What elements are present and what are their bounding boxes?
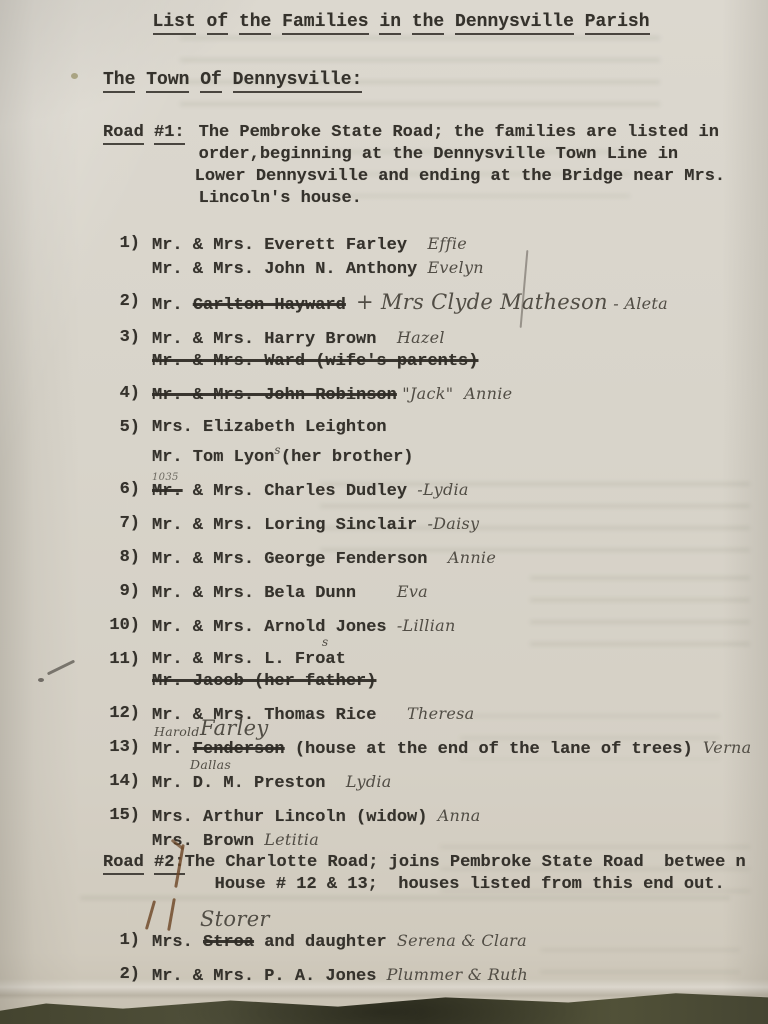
entry-text: Mr. & Mrs. Loring Sinclair -Daisy	[152, 513, 479, 537]
typewritten-text: Mr. & Mrs. Loring Sinclair	[152, 516, 427, 535]
road-2-family-list: 1)Mrs. Stroa and daughter Serena & Clara…	[100, 930, 760, 998]
entry-number: 10)	[100, 615, 140, 639]
underlined-word: Dennysville	[455, 12, 574, 35]
family-entry: 5)Mrs. Elizabeth LeightonMr. Tom Lyons(h…	[100, 417, 760, 469]
handwritten-annotation-above: Dallas	[190, 759, 231, 772]
entry-line: 1)Mr. & Mrs. Everett Farley Effie	[100, 233, 760, 257]
entry-text: Mr. Carlton Hayward + Mrs Clyde Matheson…	[152, 291, 668, 317]
entry-text: Mrs. Brown Letitia	[152, 829, 319, 853]
typewritten-text: Mr. & Mrs. Ward (wife's parents)	[152, 352, 478, 371]
typewritten-text: Carlton Hayward	[193, 296, 346, 315]
road-1-heading: Road #1: The Pembroke State Road; the fa…	[103, 122, 743, 210]
underlined-word: Families	[282, 12, 368, 35]
typewritten-text: Mr. & Mrs. Arnold Jones	[152, 618, 397, 637]
handwritten-annotation: Theresa	[407, 704, 474, 723]
entry-number: 3)	[100, 327, 140, 351]
entry-text: Mrs. Stroa and daughter Serena & ClaraSt…	[152, 930, 527, 954]
underlined-word: Dennysville:	[233, 70, 363, 93]
pen-slash	[145, 900, 156, 930]
underlined-word: the	[239, 12, 271, 35]
entry-line: 11)Mr. & Mrs. L. Froats	[100, 649, 760, 671]
road-description-line: House # 12 & 13; houses listed from this…	[185, 874, 746, 896]
family-entry: 14)Mr. D. M. Preston LydiaDallas	[100, 771, 760, 795]
typewritten-text: & Mrs. Charles Dudley	[183, 482, 418, 501]
entry-text: Mr. & Mrs. L. Froats	[152, 649, 346, 671]
family-entry: 7)Mr. & Mrs. Loring Sinclair -Daisy	[100, 513, 760, 537]
handwritten-annotation-above: Farley	[200, 718, 269, 739]
stain-spot	[71, 73, 78, 79]
handwritten-annotation-above: s	[322, 636, 328, 648]
entry-line: 7)Mr. & Mrs. Loring Sinclair -Daisy	[100, 513, 760, 537]
underlined-word: The	[103, 70, 135, 93]
typewritten-text: Mr. & Mrs. George Fenderson	[152, 550, 448, 569]
family-entry: 2)Mr. Carlton Hayward + Mrs Clyde Mathes…	[100, 291, 760, 317]
entry-text: Mr. & Mrs. P. A. Jones Plummer & Ruth	[152, 964, 528, 988]
entry-number: 1)	[100, 233, 140, 257]
handwritten-annotation: Serena & Clara	[397, 931, 527, 950]
road-description-line: The Pembroke State Road; the families ar…	[185, 122, 726, 144]
entry-line: Mr. & Mrs. Ward (wife's parents)	[100, 351, 760, 373]
handwritten-annotation: Verna	[703, 738, 752, 757]
underlined-word: the	[412, 12, 444, 35]
entry-number: 1)	[100, 930, 140, 954]
road-description-line: The Charlotte Road; joins Pembroke State…	[185, 852, 746, 874]
entry-number: 4)	[100, 383, 140, 407]
entry-line: 15)Mrs. Arthur Lincoln (widow) Anna	[100, 805, 760, 829]
entry-text: Mr. & Mrs. Everett Farley Effie	[152, 233, 467, 257]
entry-number	[100, 829, 140, 853]
family-entry: 11)Mr. & Mrs. L. FroatsMr. Jacob (her fa…	[100, 649, 760, 693]
entry-text: Mr. D. M. Preston LydiaDallas	[152, 771, 392, 795]
typewritten-text: Mr. & Mrs. Everett Farley	[152, 236, 427, 255]
typewritten-text: Mr. Tom Lyon	[152, 448, 274, 467]
pencil-dash-mark	[47, 660, 75, 676]
family-entry: 15)Mrs. Arthur Lincoln (widow) AnnaMrs. …	[100, 805, 760, 853]
entry-number: 14)	[100, 771, 140, 795]
typewritten-text: Mr. & Mrs. Bela Dunn	[152, 584, 397, 603]
family-entry: 8)Mr. & Mrs. George Fenderson Annie	[100, 547, 760, 571]
typewritten-text: (house at the end of the lane of trees)	[285, 740, 703, 759]
handwritten-annotation: Anna	[438, 806, 481, 825]
entry-line: Mr. Jacob (her father)	[100, 671, 760, 693]
underlined-word: List	[153, 12, 196, 35]
entry-number	[100, 439, 140, 469]
entry-text: Mrs. Arthur Lincoln (widow) Anna	[152, 805, 481, 829]
entry-number: 9)	[100, 581, 140, 605]
underlined-word: Of	[200, 70, 222, 93]
handwritten-annotation: - Aleta	[608, 294, 668, 313]
entry-line: 4)Mr. & Mrs. John Robinson "Jack" Annie	[100, 383, 760, 407]
underlined-word: #1:	[154, 123, 185, 145]
family-entry: 10)Mr. & Mrs. Arnold Jones -Lillian	[100, 615, 760, 639]
entry-number: 2)	[100, 291, 140, 317]
typewritten-text: Mr. & Mrs. John N. Anthony	[152, 260, 427, 279]
entry-number: 11)	[100, 649, 140, 671]
entry-text: Mr. & Mrs. Charles Dudley -Lydia	[152, 479, 469, 503]
section-heading: The Town Of Dennysville:	[103, 68, 362, 92]
family-entry: 9)Mr. & Mrs. Bela Dunn Eva	[100, 581, 760, 605]
entry-text: Mrs. Elizabeth Leighton	[152, 417, 387, 439]
typewritten-text: Mr. & Mrs. P. A. Jones	[152, 967, 387, 986]
entry-number: 5)	[100, 417, 140, 439]
entry-line: 2)Mr. & Mrs. P. A. Jones Plummer & Ruth	[100, 964, 760, 988]
road-label: Road #1:	[103, 122, 185, 210]
road-2-heading: Road #2: The Charlotte Road; joins Pembr…	[103, 852, 753, 896]
entry-number: 8)	[100, 547, 140, 571]
road-description: The Charlotte Road; joins Pembroke State…	[185, 852, 746, 896]
entry-line: Mrs. Brown Letitia	[100, 829, 760, 853]
underlined-word: Town	[146, 70, 189, 93]
underlined-word: #2:	[154, 853, 185, 875]
document-page: List of the Families in the Dennysville …	[0, 0, 768, 1024]
handwritten-annotation: Hazel	[397, 328, 445, 347]
typewritten-text: (her brother)	[281, 448, 414, 467]
typewritten-text: Mr. Jacob (her father)	[152, 672, 376, 691]
entry-number: 12)	[100, 703, 140, 727]
road-description: The Pembroke State Road; the families ar…	[185, 122, 726, 210]
handwritten-annotation: Evelyn	[427, 258, 483, 277]
entry-line: 14)Mr. D. M. Preston LydiaDallas	[100, 771, 760, 795]
entry-line: Mr. & Mrs. John N. Anthony Evelyn	[100, 257, 760, 281]
underlined-word: Road	[103, 123, 144, 145]
handwritten-annotation: -Daisy	[427, 514, 479, 533]
entry-line: Mr. Tom Lyons(her brother)	[100, 439, 760, 469]
handwritten-annotation: + Mrs Clyde Matheson	[356, 290, 608, 314]
entry-text: Mr. & Mrs. Arnold Jones -Lillian	[152, 615, 456, 639]
road-1-family-list: 1)Mr. & Mrs. Everett Farley EffieMr. & M…	[100, 233, 760, 863]
entry-number: 7)	[100, 513, 140, 537]
typewritten-text: Mrs. Arthur Lincoln (widow)	[152, 808, 438, 827]
typewritten-text: Mr.	[152, 482, 183, 501]
family-entry: 3)Mr. & Mrs. Harry Brown HazelMr. & Mrs.…	[100, 327, 760, 373]
entry-line: 2)Mr. Carlton Hayward + Mrs Clyde Mathes…	[100, 291, 760, 317]
underlined-word: in	[379, 12, 401, 35]
entry-number	[100, 257, 140, 281]
entry-line: 1)Mrs. Stroa and daughter Serena & Clara…	[100, 930, 760, 954]
handwritten-annotation: Plummer & Ruth	[387, 965, 528, 984]
entry-text: Mr. & Mrs. John N. Anthony Evelyn	[152, 257, 484, 281]
bleed-through-text	[80, 896, 730, 918]
family-entry: 1)Mr. & Mrs. Everett Farley EffieMr. & M…	[100, 233, 760, 281]
entry-number: 2)	[100, 964, 140, 988]
handwritten-annotation-above: Storer	[200, 909, 270, 930]
entry-text: Mr. & Mrs. Ward (wife's parents)	[152, 351, 478, 373]
entry-number	[100, 351, 140, 373]
typewritten-text: Mrs.	[152, 933, 203, 952]
typewritten-text	[346, 296, 356, 315]
typewritten-text: Mr. D. M. Preston	[152, 774, 346, 793]
entry-number: 13)	[100, 737, 140, 761]
handwritten-annotation: Lydia	[346, 772, 392, 791]
typewritten-text: Mr. & Mrs. Thomas Rice	[152, 706, 407, 725]
road-label: Road #2:	[103, 852, 185, 896]
underlined-word: Road	[103, 853, 144, 875]
entry-number: 6)	[100, 479, 140, 503]
pencil-dot	[38, 678, 44, 682]
typewritten-text: Mr. & Mrs. L. Froat	[152, 650, 346, 669]
typewritten-text: Mr. & Mrs. John Robinson	[152, 386, 397, 405]
road-description-line: order,beginning at the Dennysville Town …	[185, 144, 726, 166]
entry-text: Mr. Tom Lyons(her brother)	[152, 439, 414, 469]
road-description-line: Lower Dennysville and ending at the Brid…	[185, 166, 726, 188]
entry-line: 10)Mr. & Mrs. Arnold Jones -Lillian	[100, 615, 760, 639]
entry-number	[100, 671, 140, 693]
entry-line: 8)Mr. & Mrs. George Fenderson Annie	[100, 547, 760, 571]
typewritten-text: Mrs. Elizabeth Leighton	[152, 418, 387, 437]
handwritten-annotation: Eva	[397, 582, 428, 601]
entry-text: Mr. & Mrs. Bela Dunn Eva	[152, 581, 428, 605]
handwritten-annotation: Letitia	[264, 830, 319, 849]
typewritten-text: Stroa	[203, 933, 254, 952]
road-description-line: Lincoln's house.	[185, 188, 726, 210]
entry-text: Mr. Fenderson (house at the end of the l…	[152, 737, 751, 761]
typewritten-text: Mrs. Brown	[152, 832, 264, 851]
handwritten-annotation: "Jack" Annie	[397, 384, 513, 403]
entry-text: Mr. & Mrs. Harry Brown Hazel	[152, 327, 445, 351]
pen-slash	[167, 898, 176, 931]
entry-line: 6)Mr. & Mrs. Charles Dudley -Lydia	[100, 479, 760, 503]
entry-text: Mr. & Mrs. John Robinson "Jack" Annie	[152, 383, 512, 407]
underlined-word: Parish	[585, 12, 650, 35]
handwritten-annotation: Effie	[427, 234, 467, 253]
family-entry: 1)Mrs. Stroa and daughter Serena & Clara…	[100, 930, 760, 954]
typewritten-text: and daughter	[254, 933, 397, 952]
entry-line: 9)Mr. & Mrs. Bela Dunn Eva	[100, 581, 760, 605]
handwritten-annotation: Annie	[448, 548, 496, 567]
entry-text: Mr. & Mrs. George Fenderson Annie	[152, 547, 496, 571]
family-entry: 6)Mr. & Mrs. Charles Dudley -Lydia	[100, 479, 760, 503]
typewritten-text: Mr.	[152, 296, 193, 315]
handwritten-annotation: -Lydia	[417, 480, 469, 499]
family-entry: 4)Mr. & Mrs. John Robinson "Jack" Annie	[100, 383, 760, 407]
entry-text: Mr. Jacob (her father)	[152, 671, 376, 693]
typewritten-text: Mr.	[152, 740, 193, 759]
entry-number: 15)	[100, 805, 140, 829]
page-title: List of the Families in the Dennysville …	[0, 10, 768, 34]
typewritten-text: Mr. & Mrs. Harry Brown	[152, 330, 397, 349]
entry-line: 3)Mr. & Mrs. Harry Brown Hazel	[100, 327, 760, 351]
underlined-word: of	[207, 12, 229, 35]
handwritten-annotation-above: Harold	[154, 726, 200, 739]
entry-line: 5)Mrs. Elizabeth Leighton	[100, 417, 760, 439]
handwritten-annotation: -Lillian	[397, 616, 456, 635]
family-entry: 2)Mr. & Mrs. P. A. Jones Plummer & Ruth	[100, 964, 760, 988]
